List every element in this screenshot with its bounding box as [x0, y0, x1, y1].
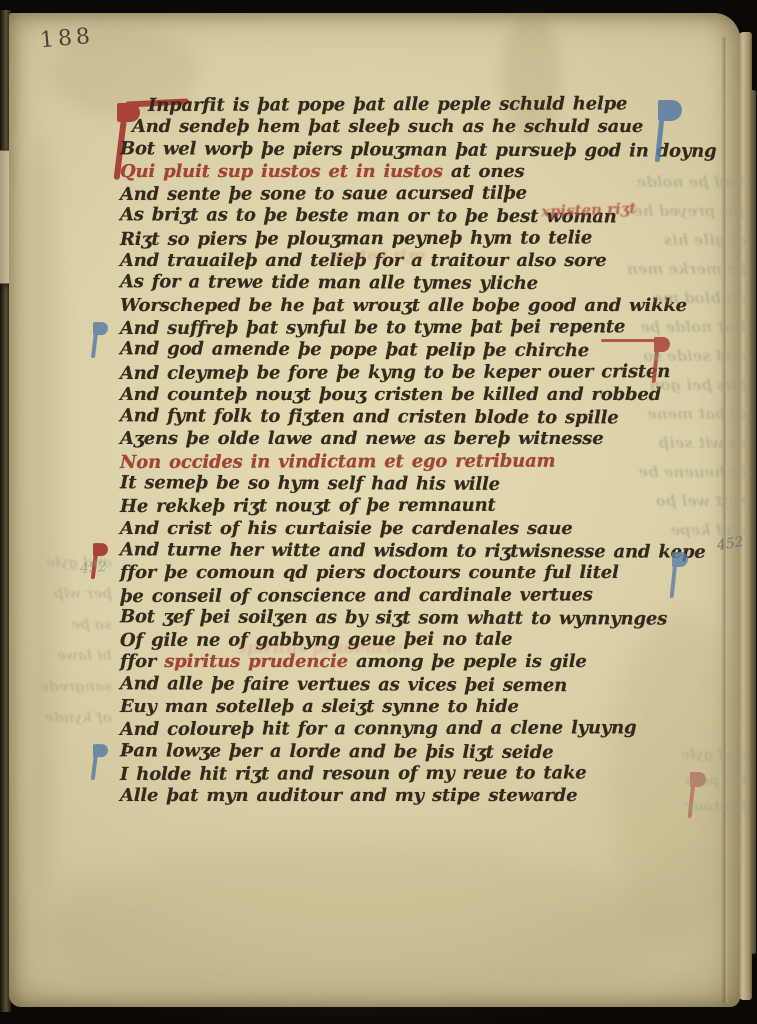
ink-text: Inparfit is þat pope þat alle peple schu…	[148, 93, 627, 116]
show-through-line: And þe nolde	[552, 168, 747, 197]
manuscript-line: Bot ʒef þei soilʒen as by siʒt som whatt…	[120, 606, 710, 631]
show-through-line: of gile his	[552, 226, 747, 255]
show-through-line: Bot nolde þe	[552, 313, 747, 342]
manuscript-line: And coloureþ hit for a connyng and a cle…	[120, 717, 710, 741]
ink-text: Bot ʒef þei soilʒen as by siʒt som whatt…	[120, 606, 667, 629]
manuscript-photograph: 188 Inparfit is þat pope þat alle peple …	[0, 0, 757, 1024]
show-through-line: on blod me	[552, 284, 747, 313]
manuscript-line: Þan lowʒe þer a lorde and be þis liʒt se…	[120, 740, 710, 765]
ink-text: Þan lowʒe þer a lorde and be þis liʒt se…	[120, 740, 553, 763]
ink-text: And fynt folk to fiʒten and cristen blod…	[120, 405, 619, 428]
ink-text: And alle þe faire vertues as vices þei s…	[120, 673, 567, 696]
folio-number: 188	[39, 24, 95, 54]
ink-text: And suffreþ þat synful be to tyme þat þe…	[120, 316, 625, 339]
show-through-line: ryʒt wel þo	[552, 487, 747, 516]
margin-paraph-blue-icon	[652, 100, 676, 160]
manuscript-line: þe conseil of conscience and cardinale v…	[120, 584, 710, 608]
show-through-left: and gyleþer wiþso þebi lawesangredeof ky…	[8, 548, 112, 734]
ink-text: Aʒens þe olde lawe and newe as bereþ wit…	[120, 428, 603, 449]
show-through-line: as wit seiþ	[552, 429, 747, 458]
ink-text: þe conseil of conscience and cardinale v…	[120, 584, 593, 607]
manuscript-line: Alle þat myn auditour and my stipe stewa…	[120, 785, 710, 807]
show-through-line: sangrede	[8, 672, 112, 703]
manuscript-line: Inparfit is þat pope þat alle peple schu…	[148, 93, 710, 117]
ink-text: It semeþ be so hym self had his wille	[120, 472, 500, 495]
paraph-blue-icon	[93, 319, 115, 363]
show-through-line: in heuene be	[552, 458, 747, 487]
ink-text: ffor	[120, 651, 164, 672]
ink-text: And crist of his curtaisie þe cardenales…	[120, 518, 573, 539]
manuscript-line: ffor spiritus prudencie among þe peple i…	[120, 651, 710, 673]
show-through-line: bis pers	[652, 768, 747, 794]
show-through-line: þus þei gon	[552, 371, 747, 400]
manuscript-line: Of gile ne of gabbyng geue þei no tale	[120, 628, 710, 652]
rubric-text: Qui pluit sup iustos et in iustos	[120, 161, 443, 182]
ink-text: And god amende þe pope þat pelip þe chir…	[120, 338, 589, 361]
show-through-line: ʒut preyed he	[552, 197, 747, 226]
show-through-line: and gyle	[652, 742, 747, 768]
manuscript-line: Euy man sotelleþ a sleiʒt synne to hide	[120, 696, 710, 718]
fore-edge-pages-under	[751, 90, 756, 954]
manuscript-line: ffor þe comoun qd piers doctours counte …	[120, 562, 710, 584]
show-through-right: And þe noldeʒut preyed heof gile hisþe m…	[552, 168, 747, 545]
ink-text: And coloureþ hit for a connyng and a cle…	[120, 718, 636, 741]
show-through-bottom: and gylebis persbrutour	[652, 742, 747, 820]
paraph-blue-icon	[93, 741, 115, 785]
ink-text: As for a trewe tide man alle tymes ylich…	[120, 272, 538, 295]
ink-text: ffor þe comoun qd piers doctours counte …	[120, 562, 619, 583]
ink-text: Alle þat myn auditour and my stipe stewa…	[120, 785, 577, 806]
stain	[21, 133, 61, 893]
show-through-line: þe merke men	[552, 255, 747, 284]
ink-text: Euy man sotelleþ a sleiʒt synne to hide	[120, 696, 519, 717]
ink-text: I holde hit riʒt and resoun of my reue t…	[120, 762, 587, 785]
ink-text: Bot wel worþ þe piers plouʒman þat pursu…	[120, 138, 717, 162]
show-through-line: þer wiþ	[8, 579, 112, 610]
show-through-line: and kepe	[552, 516, 747, 545]
manuscript-line: And alle þe faire vertues as vices þei s…	[120, 673, 710, 698]
stain	[39, 843, 659, 1013]
show-through-line: bi lawe	[8, 641, 112, 672]
red-ink-offset: spiritus prudencie	[238, 638, 403, 657]
ink-text: at ones	[443, 161, 525, 182]
show-through-line: so þe	[8, 610, 112, 641]
ink-text: And sente þe sone to saue acursed tilþe	[120, 183, 527, 205]
show-through-line: of kynde	[8, 703, 112, 734]
show-through-line: and gyle	[8, 548, 112, 579]
manuscript-line: And sendeþ hem þat sleeþ such as he schu…	[132, 116, 710, 138]
manuscript-line: I holde hit riʒt and resoun of my reue t…	[120, 762, 710, 786]
show-through-line: brutour	[652, 794, 747, 820]
rubric-text: Non occides in vindictam et ego retribua…	[120, 450, 555, 473]
show-through-line: of þat mene	[552, 400, 747, 429]
red-ink-offset: unsten riʒo	[330, 246, 425, 264]
margin-paraph-blue-icon	[666, 552, 690, 612]
ink-text: And sendeþ hem þat sleeþ such as he schu…	[132, 116, 643, 137]
show-through-line: and seide so	[552, 342, 747, 371]
manuscript-line: Bot wel worþ þe piers plouʒman þat pursu…	[120, 138, 710, 163]
ink-text: He rekkeþ riʒt nouʒt of þe remnaunt	[120, 495, 496, 517]
